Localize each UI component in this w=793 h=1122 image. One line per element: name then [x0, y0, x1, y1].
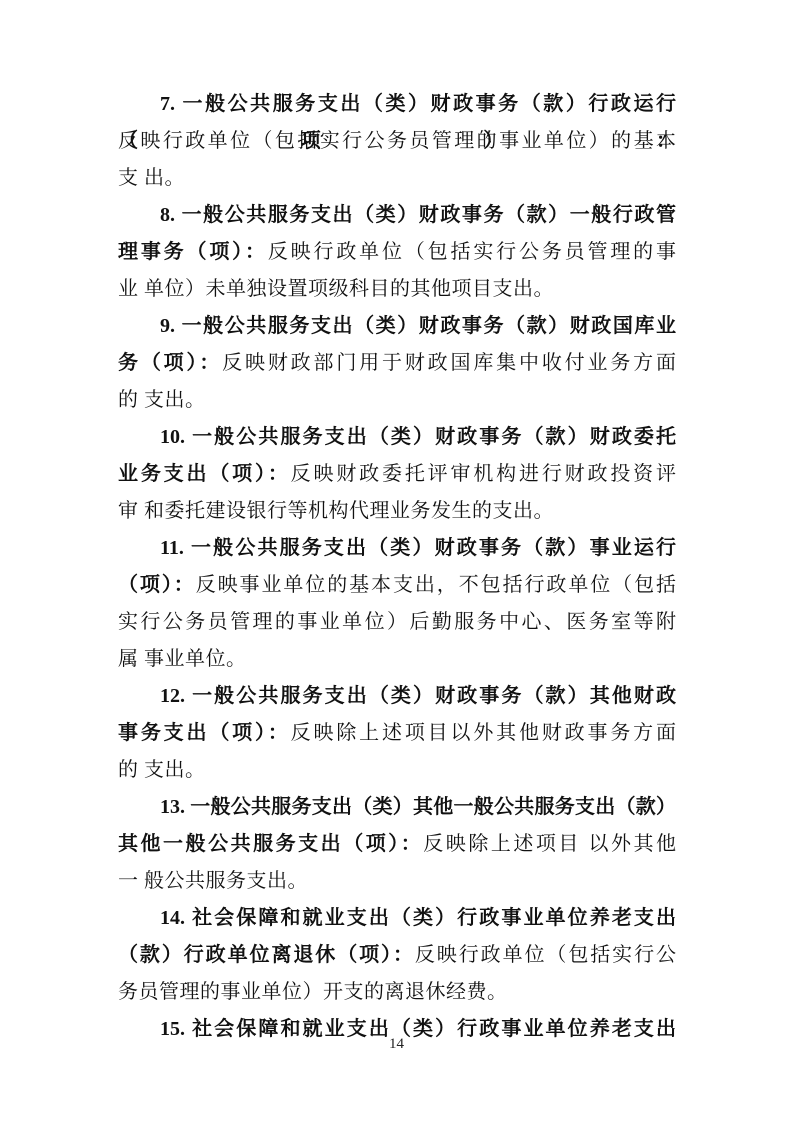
budget-item-10: 10. 一般公共服务支出（类）财政事务（款）财政委托业务支出（项）：反映财政委托… — [118, 419, 676, 530]
item-body-segment: 的 支出。 — [118, 389, 206, 411]
item-body-segment: 务员管理的事业单位）开支的离退休经费。 — [118, 981, 508, 1003]
budget-item-8: 8. 一般公共服务支出（类）财政事务（款）一般行政管理事务（项）：反映行政单位（… — [118, 197, 676, 308]
text-line: 事务支出（项）：反映除上述项目以外其他财政事务方面 — [118, 715, 676, 752]
text-line: 13. 一般公共服务支出（类）其他一般公共服务支出（款） — [118, 789, 676, 826]
text-line: 务员管理的事业单位）开支的离退休经费。 — [118, 974, 676, 1011]
item-body-segment: 一 般公共服务支出。 — [118, 870, 308, 892]
budget-item-13: 13. 一般公共服务支出（类）其他一般公共服务支出（款）其他一般公共服务支出（项… — [118, 789, 676, 900]
item-heading-segment: 10. 一般公共服务支出（类）财政事务（款）财政委托 — [160, 426, 676, 448]
page-number: 14 — [0, 1034, 793, 1054]
text-line: 12. 一般公共服务支出（类）财政事务（款）其他财政 — [118, 678, 676, 715]
budget-item-7: 7. 一般公共服务支出（类）财政事务（款）行政运行（项）：反映行政单位（包括实行… — [118, 86, 676, 197]
item-heading-segment: （款）行政单位离退休（项）： — [118, 944, 415, 966]
text-line: （款）行政单位离退休（项）：反映行政单位（包括实行公 — [118, 937, 676, 974]
text-line: 理事务（项）：反映行政单位（包括实行公务员管理的事 — [118, 234, 676, 271]
item-heading-segment: 13. 一般公共服务支出（类）其他一般公共服务支出（款） — [160, 796, 676, 818]
item-heading-segment: 事务支出（项）： — [118, 722, 291, 744]
item-heading-segment: 务（项）： — [118, 352, 222, 374]
text-line: 务（项）：反映财政部门用于财政国库集中收付业务方面 — [118, 345, 676, 382]
item-body-segment: 反映除上述项目 以外其他 — [423, 833, 676, 855]
text-line: 9. 一般公共服务支出（类）财政事务（款）财政国库业 — [118, 308, 676, 345]
text-line: 属 事业单位。 — [118, 641, 676, 678]
text-line: 业务支出（项）：反映财政委托评审机构进行财政投资评 — [118, 456, 676, 493]
text-line: 7. 一般公共服务支出（类）财政事务（款）行政运行（项）： — [118, 86, 676, 123]
text-line: 14. 社会保障和就业支出（类）行政事业单位养老支出 — [118, 900, 676, 937]
item-heading-segment: 14. 社会保障和就业支出（类）行政事业单位养老支出 — [160, 907, 676, 929]
text-line: 实行公务员管理的事业单位）后勤服务中心、医务室等附 — [118, 604, 676, 641]
item-body-segment: 反映财政部门用于财政国库集中收付业务方面 — [222, 352, 676, 374]
item-body-segment: 反映行政单位（包括实行公 — [415, 944, 676, 966]
item-body-segment: 支 出。 — [118, 167, 185, 189]
item-body-segment: 的 支出。 — [118, 759, 206, 781]
document-body: 7. 一般公共服务支出（类）财政事务（款）行政运行（项）：反映行政单位（包括实行… — [118, 86, 676, 1048]
text-line: 其他一般公共服务支出（项）：反映除上述项目 以外其他 — [118, 826, 676, 863]
item-body-segment: 反映财政委托评审机构进行财政投资评 — [291, 463, 676, 485]
item-body-segment: 反映行政单位（包括实行公务员管理的事业单位）的基本 — [118, 130, 676, 152]
text-line: 10. 一般公共服务支出（类）财政事务（款）财政委托 — [118, 419, 676, 456]
item-heading-segment: 8. 一般公共服务支出（类）财政事务（款）一般行政管 — [160, 204, 676, 226]
budget-item-11: 11. 一般公共服务支出（类）财政事务（款）事业运行（项）：反映事业单位的基本支… — [118, 530, 676, 678]
item-body-segment: 属 事业单位。 — [118, 648, 247, 670]
text-line: 8. 一般公共服务支出（类）财政事务（款）一般行政管 — [118, 197, 676, 234]
item-heading-segment: 9. 一般公共服务支出（类）财政事务（款）财政国库业 — [160, 315, 676, 337]
text-line: 11. 一般公共服务支出（类）财政事务（款）事业运行 — [118, 530, 676, 567]
budget-item-12: 12. 一般公共服务支出（类）财政事务（款）其他财政事务支出（项）：反映除上述项… — [118, 678, 676, 789]
item-body-segment: 反映除上述项目以外其他财政事务方面 — [291, 722, 676, 744]
budget-item-9: 9. 一般公共服务支出（类）财政事务（款）财政国库业务（项）：反映财政部门用于财… — [118, 308, 676, 419]
text-line: 的 支出。 — [118, 752, 676, 789]
text-line: 的 支出。 — [118, 382, 676, 419]
document-page: 7. 一般公共服务支出（类）财政事务（款）行政运行（项）：反映行政单位（包括实行… — [0, 0, 793, 1122]
item-body-segment: 反映事业单位的基本支出，不包括行政单位（包括 — [196, 574, 676, 596]
item-body-segment: 业 单位）未单独设置项级科目的其他项目支出。 — [118, 278, 554, 300]
budget-item-14: 14. 社会保障和就业支出（类）行政事业单位养老支出（款）行政单位离退休（项）：… — [118, 900, 676, 1011]
item-heading-segment: 11. 一般公共服务支出（类）财政事务（款）事业运行 — [160, 537, 676, 559]
text-line: 一 般公共服务支出。 — [118, 863, 676, 900]
item-heading-segment: （项）： — [118, 574, 196, 596]
item-heading-segment: 理事务（项）： — [118, 241, 268, 263]
text-line: 审 和委托建设银行等机构代理业务发生的支出。 — [118, 493, 676, 530]
item-body-segment: 审 和委托建设银行等机构代理业务发生的支出。 — [118, 500, 554, 522]
text-line: （项）：反映事业单位的基本支出，不包括行政单位（包括 — [118, 567, 676, 604]
item-body-segment: 反映行政单位（包括实行公务员管理的事 — [268, 241, 676, 263]
text-line: 业 单位）未单独设置项级科目的其他项目支出。 — [118, 271, 676, 308]
item-body-segment: 实行公务员管理的事业单位）后勤服务中心、医务室等附 — [118, 611, 676, 633]
text-line: 支 出。 — [118, 160, 676, 197]
item-heading-segment: 其他一般公共服务支出（项）： — [118, 833, 423, 855]
item-heading-segment: 12. 一般公共服务支出（类）财政事务（款）其他财政 — [160, 685, 676, 707]
text-line: 反映行政单位（包括实行公务员管理的事业单位）的基本 — [118, 123, 676, 160]
item-heading-segment: 业务支出（项）： — [118, 463, 291, 485]
